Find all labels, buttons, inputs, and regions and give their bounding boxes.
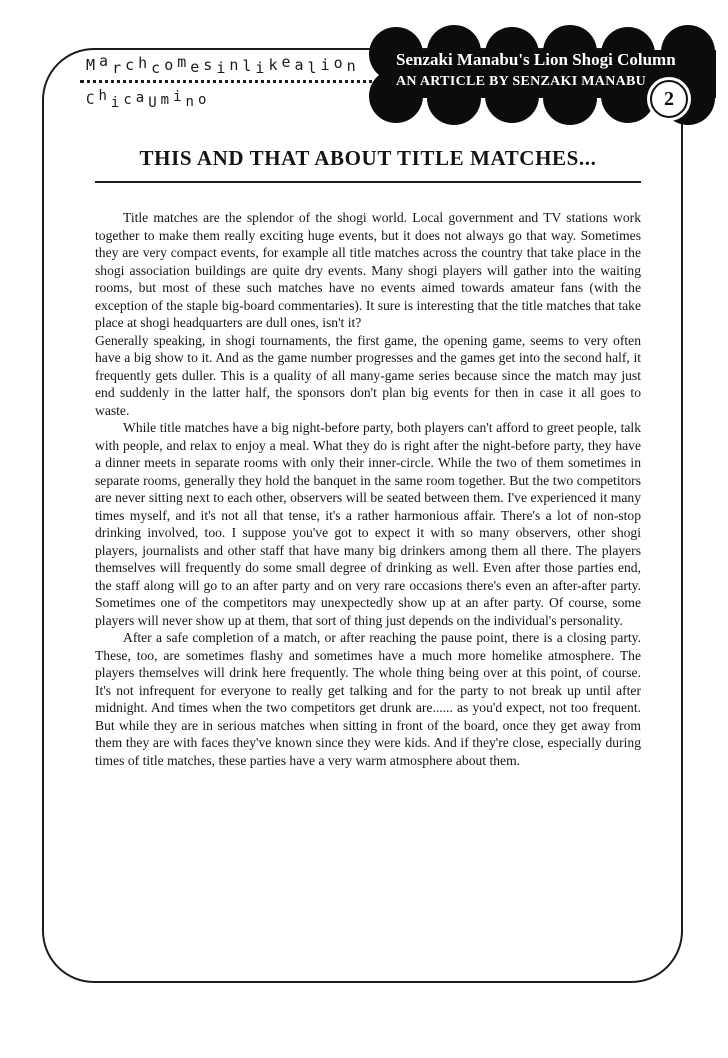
- article-title: THIS AND THAT ABOUT TITLE MATCHES...: [95, 146, 641, 171]
- badge-title: Senzaki Manabu's Lion Shogi Column: [396, 50, 676, 70]
- badge-subtitle: AN ARTICLE BY SENZAKI MANABU: [396, 74, 646, 90]
- title-rule: [95, 181, 641, 183]
- issue-number-badge: 2: [650, 80, 688, 118]
- article-paragraph: Title matches are the splendor of the sh…: [95, 209, 641, 332]
- column-badge: Senzaki Manabu's Lion Shogi Column AN AR…: [366, 24, 728, 126]
- article: THIS AND THAT ABOUT TITLE MATCHES... Tit…: [95, 146, 641, 769]
- article-paragraph: After a safe completion of a match, or a…: [95, 629, 641, 769]
- article-paragraph: While title matches have a big night-bef…: [95, 419, 641, 629]
- series-logo: March comes in like a lion: [86, 56, 360, 74]
- article-paragraph: Generally speaking, in shogi tournaments…: [95, 332, 641, 420]
- dotted-divider: [80, 80, 380, 83]
- author-name: Chica Umino: [86, 92, 210, 108]
